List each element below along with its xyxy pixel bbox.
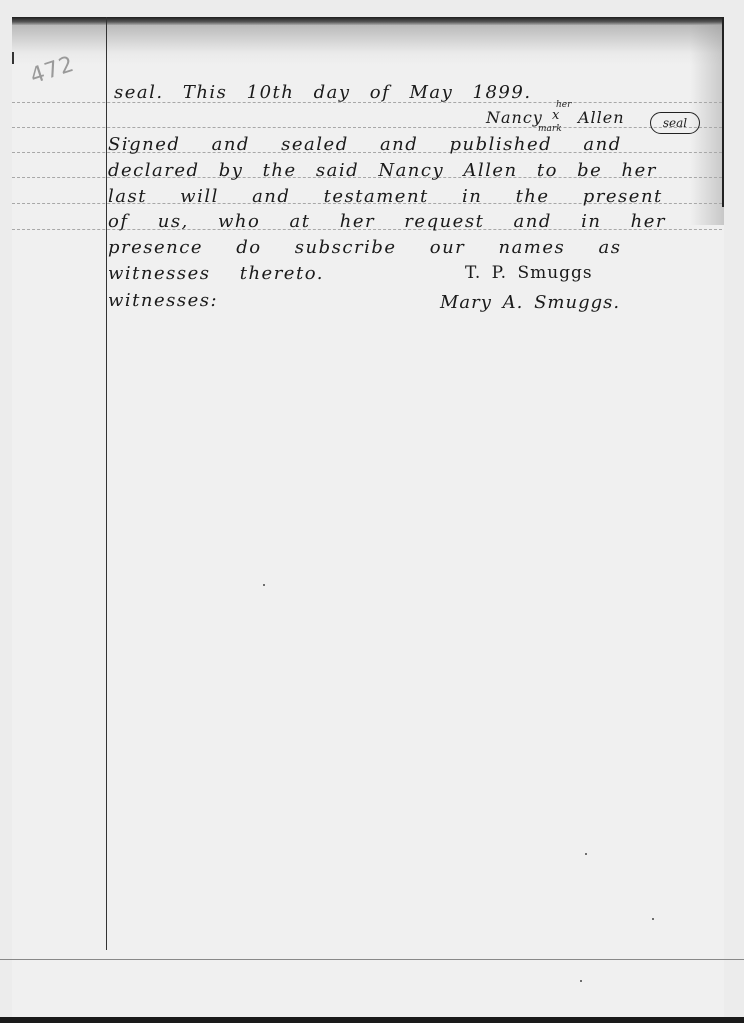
seal-mark: seal <box>650 112 700 134</box>
scan-speck <box>580 980 582 982</box>
text-line-3: declared by the said Nancy Allen to be h… <box>108 160 657 181</box>
testator-mark: x <box>552 108 561 123</box>
testator-first-name: Nancy <box>486 108 543 127</box>
text-line-5: of us, who at her request and in her <box>108 211 666 232</box>
testator-last-name: Allen <box>578 108 625 127</box>
bottom-scan-edge <box>0 1017 744 1023</box>
text-line-7: witnesses thereto. <box>108 263 324 284</box>
text-line-2: Signed and sealed and published and <box>108 134 622 155</box>
witness-signature-1: T. P. Smuggs <box>465 263 593 283</box>
text-line-1: seal. This 10th day of May 1899. <box>114 82 532 103</box>
signature-below-mark: mark <box>538 124 562 134</box>
text-line-6: presence do subscribe our names as <box>108 237 621 258</box>
scan-speck <box>263 584 265 586</box>
margin-line <box>106 17 107 950</box>
right-page-edge <box>722 17 724 207</box>
scan-speck <box>585 853 587 855</box>
scan-speck <box>652 918 654 920</box>
text-line-4: last will and testament in the present <box>108 186 663 207</box>
bottom-rule-line <box>0 959 744 960</box>
text-line-8: witnesses: <box>108 290 218 311</box>
witness-signature-2: Mary A. Smuggs. <box>440 292 620 313</box>
ruled-line <box>12 127 722 128</box>
top-scan-shading <box>12 25 724 65</box>
scan-speck <box>128 140 130 142</box>
top-edge-shadow <box>12 17 724 25</box>
left-edge-mark <box>12 52 14 64</box>
